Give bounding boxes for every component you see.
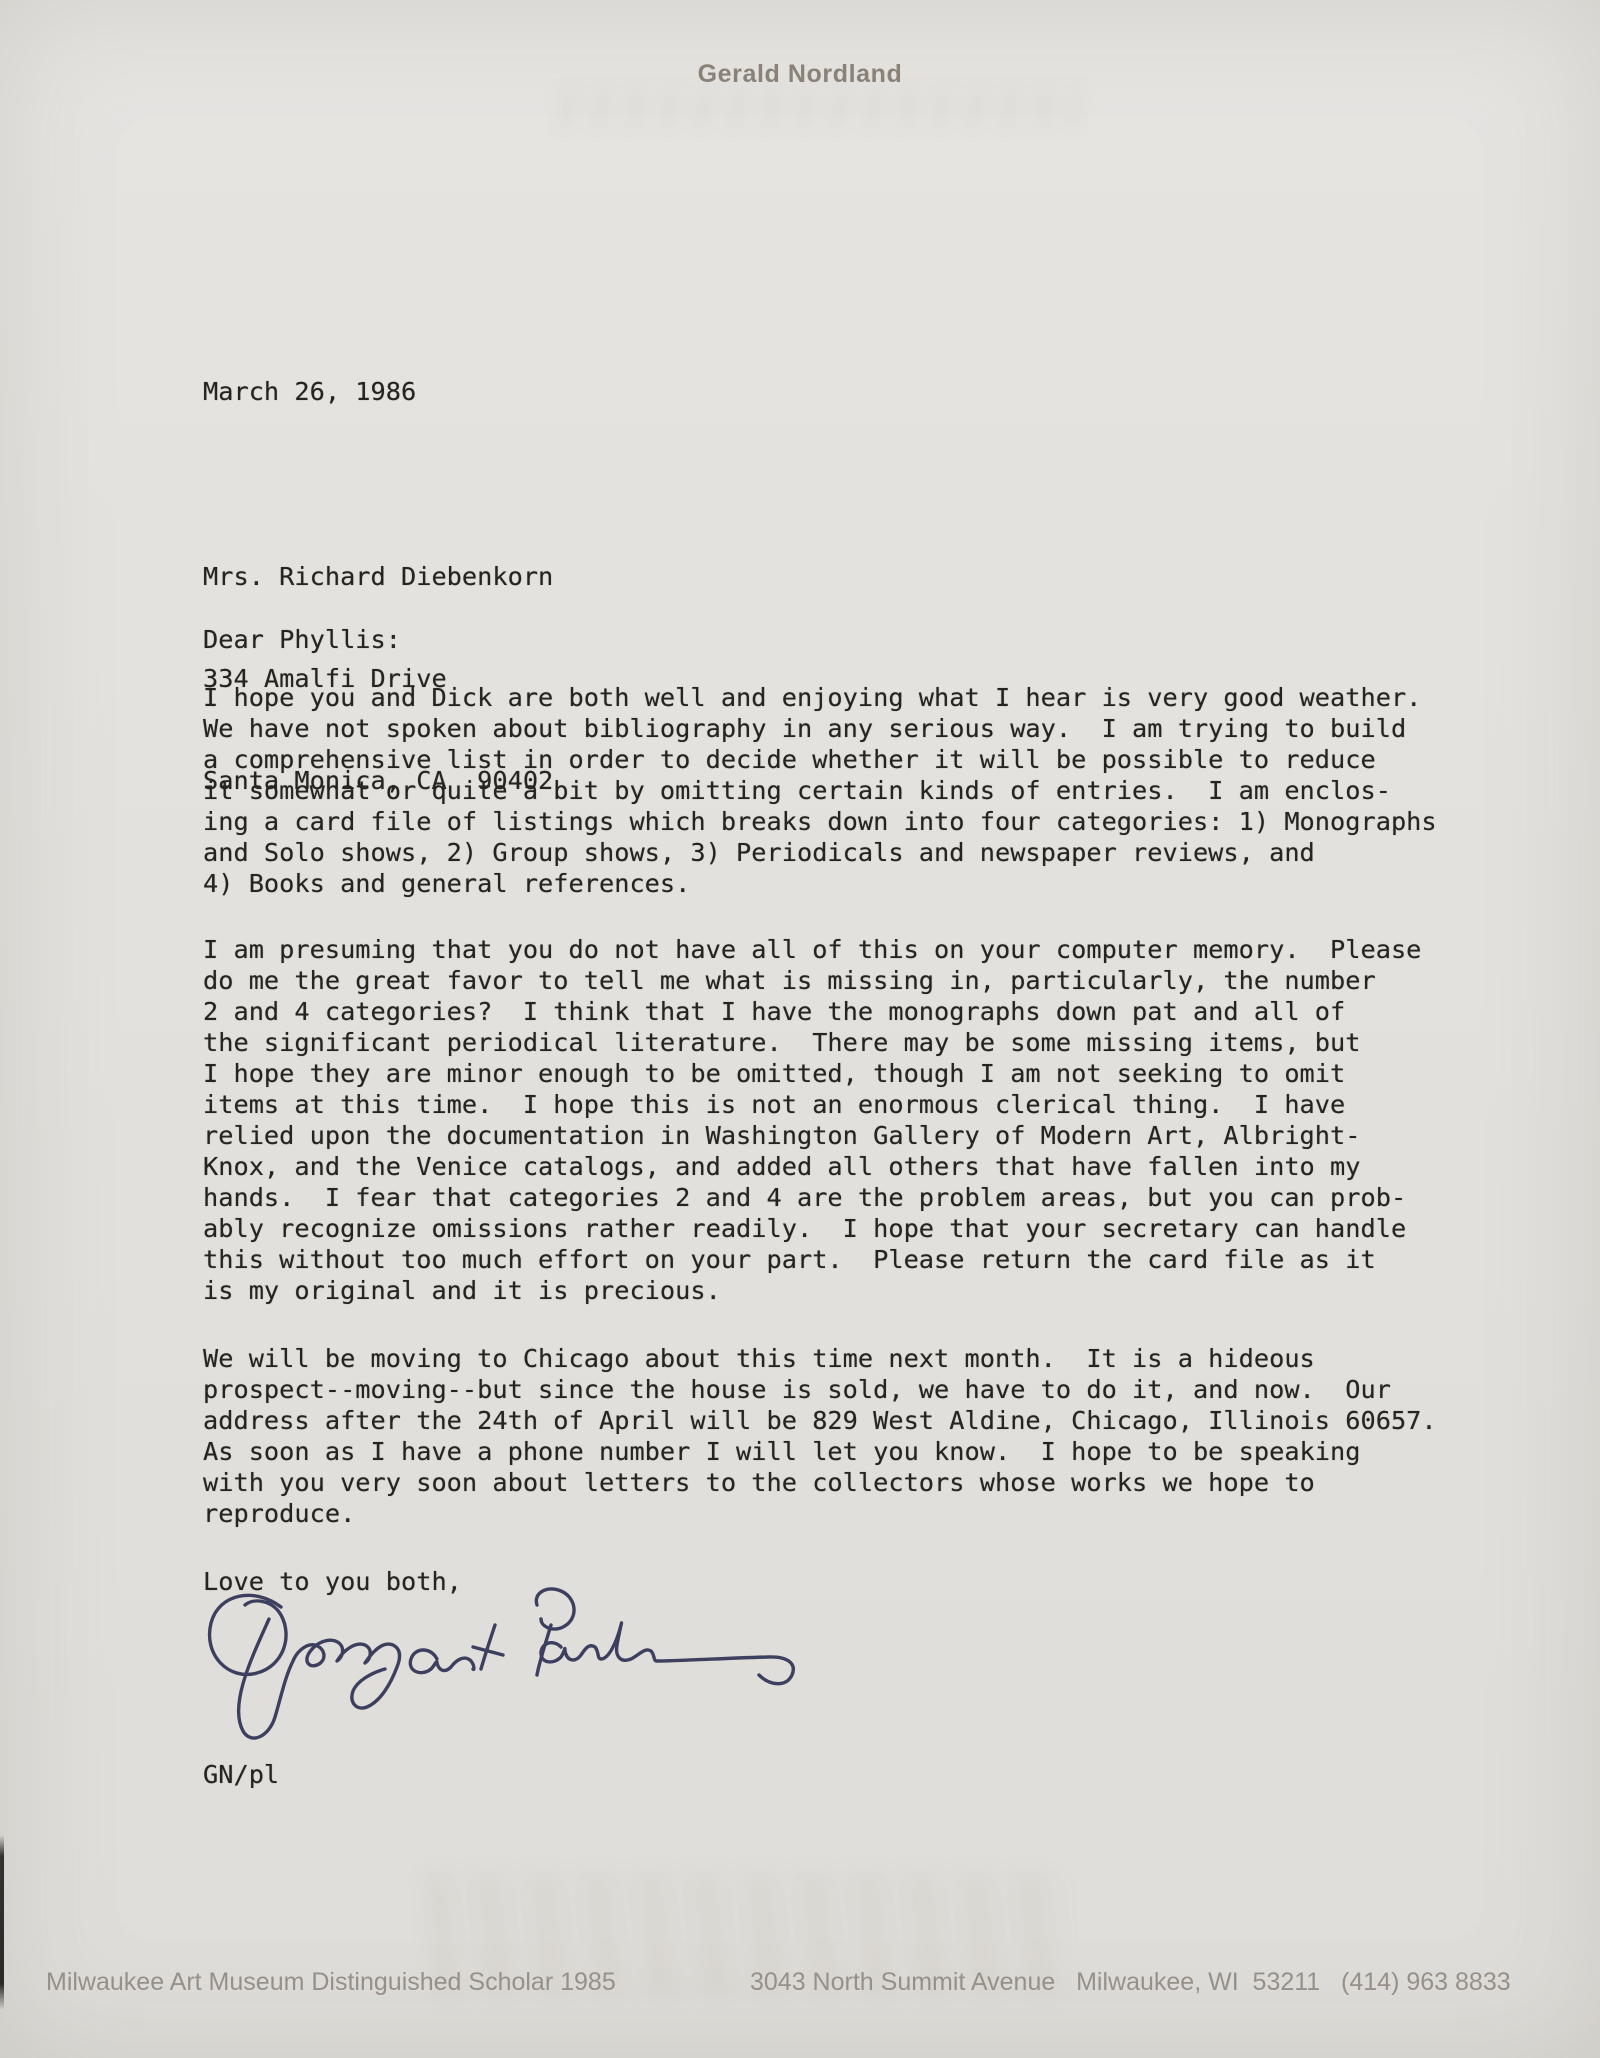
body-paragraph-2: I am presuming that you do not have all … xyxy=(203,934,1421,1306)
signature-ink-strokes xyxy=(185,1585,805,1765)
footer-right-text: 3043 North Summit Avenue Milwaukee, WI 5… xyxy=(750,1968,1511,1997)
signature-handwritten: Jerry and Paula xyxy=(185,1585,805,1765)
salutation: Dear Phyllis: xyxy=(203,624,401,655)
recipient-name: Mrs. Richard Diebenkorn xyxy=(203,560,553,594)
body-paragraph-1: I hope you and Dick are both well and en… xyxy=(203,682,1437,899)
typist-initials: GN/pl xyxy=(203,1759,279,1790)
letterhead-name: Gerald Nordland xyxy=(0,60,1600,89)
body-paragraph-3: We will be moving to Chicago about this … xyxy=(203,1343,1437,1529)
date-line: March 26, 1986 xyxy=(203,376,416,407)
letter-page: Gerald Nordland March 26, 1986 Mrs. Rich… xyxy=(0,0,1600,2058)
footer-left-text: Milwaukee Art Museum Distinguished Schol… xyxy=(46,1968,616,1997)
letterhead-footer: Milwaukee Art Museum Distinguished Schol… xyxy=(0,1968,1600,1998)
print-through-artifact-top xyxy=(558,86,1083,130)
